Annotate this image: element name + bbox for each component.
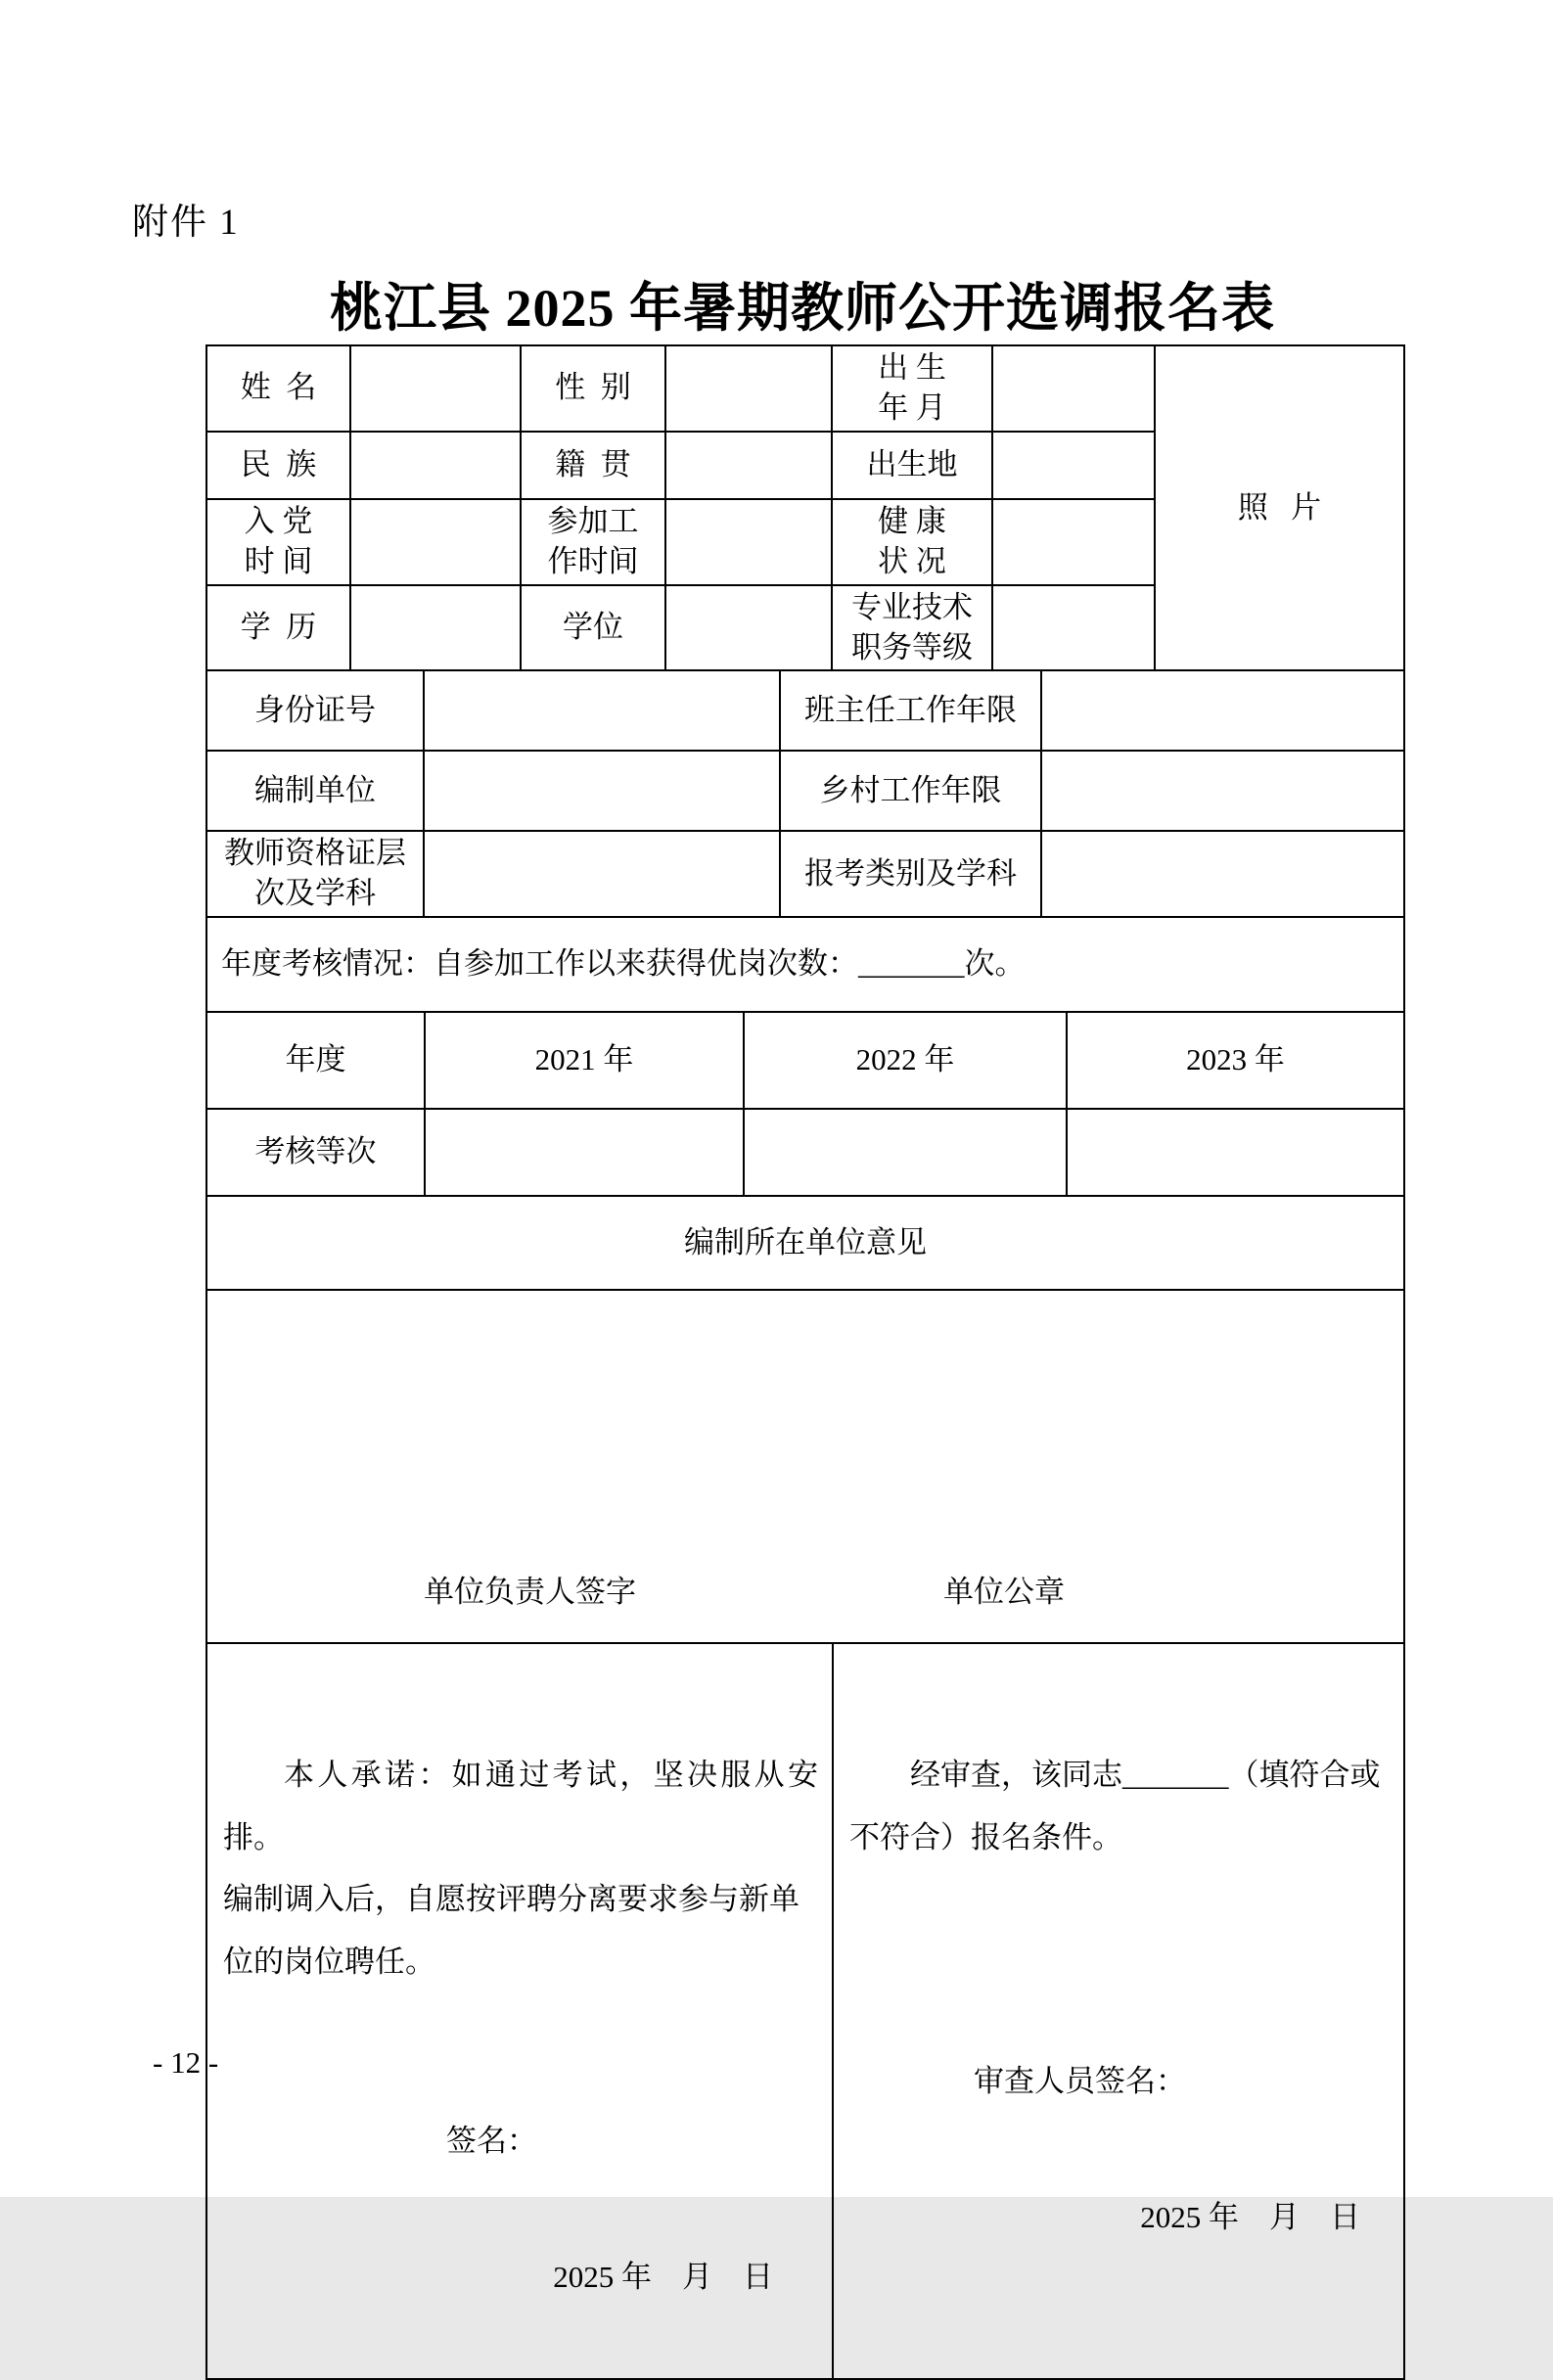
staffing-unit-label: 编制单位 [206, 751, 424, 831]
unit-opinion-box[interactable]: 单位负责人签字 单位公章 [206, 1290, 1404, 1643]
table-row: 本人承诺：如通过考试，坚决服从安排。 编制调入后，自愿按评聘分离要求参与新单 位… [206, 1643, 1404, 2378]
work-start-date-value[interactable] [665, 499, 832, 585]
name-label: 姓 名 [206, 345, 350, 432]
table-row: 教师资格证层 次及学科 报考类别及学科 [206, 831, 1404, 917]
ethnicity-label: 民 族 [206, 432, 350, 499]
professional-title-label: 专业技术 职务等级 [832, 585, 992, 671]
gender-label: 性 别 [521, 345, 665, 432]
party-join-date-value[interactable] [350, 499, 521, 585]
table-row: 姓 名 性 别 出 生 年 月 照 片 [206, 345, 1404, 432]
assessment-section: 年度 2021 年 2022 年 2023 年 考核等次 [206, 1011, 1405, 1197]
annual-appraisal-note[interactable]: 年度考核情况：自参加工作以来获得优岗次数：_______次。 [206, 917, 1404, 1012]
assessment-2023-value[interactable] [1067, 1109, 1404, 1196]
photo-cell[interactable]: 照 片 [1155, 345, 1404, 670]
basic-info-section: 姓 名 性 别 出 生 年 月 照 片 民 族 籍 贯 出生地 入 党 时 间 [206, 344, 1405, 671]
table-row: 编制所在单位意见 [206, 1196, 1404, 1290]
id-number-value[interactable] [424, 670, 780, 751]
rural-years-value[interactable] [1041, 751, 1404, 831]
birthdate-label: 出 生 年 月 [832, 345, 992, 432]
table-row: 身份证号 班主任工作年限 [206, 670, 1404, 751]
education-value[interactable] [350, 585, 521, 671]
table-row: 单位负责人签字 单位公章 [206, 1290, 1404, 1643]
applicant-signature-date: 2025 年 月 日 [207, 2258, 832, 2298]
degree-value[interactable] [665, 585, 832, 671]
birthdate-value[interactable] [992, 345, 1155, 432]
page-number: - 12 - [153, 2045, 218, 2081]
name-value[interactable] [350, 345, 521, 432]
table-row: 考核等次 [206, 1109, 1404, 1196]
education-label: 学 历 [206, 585, 350, 671]
health-status-value[interactable] [992, 499, 1155, 585]
rural-years-label: 乡村工作年限 [780, 751, 1041, 831]
reviewer-signature-date: 2025 年 月 日 [834, 2198, 1403, 2238]
year-2021-header: 2021 年 [425, 1012, 744, 1109]
birthplace-label: 出生地 [832, 432, 992, 499]
unit-opinion-header-section: 编制所在单位意见 [206, 1195, 1405, 1291]
attachment-label: 附件 1 [132, 192, 240, 245]
registration-form-table: 姓 名 性 别 出 生 年 月 照 片 民 族 籍 贯 出生地 入 党 时 间 [206, 344, 1403, 2380]
assessment-grade-label: 考核等次 [206, 1109, 425, 1196]
applicant-signature-label: 签名： [207, 2122, 832, 2162]
party-join-date-label: 入 党 时 间 [206, 499, 350, 585]
assessment-2021-value[interactable] [425, 1109, 744, 1196]
year-header-label: 年度 [206, 1012, 425, 1109]
native-place-value[interactable] [665, 432, 832, 499]
table-row: 年度 2021 年 2022 年 2023 年 [206, 1012, 1404, 1109]
review-text: 经审查，该同志_______（填符合或 不符合）报名条件。 [834, 1724, 1403, 1868]
teacher-cert-value[interactable] [424, 831, 780, 917]
professional-title-value[interactable] [992, 585, 1155, 671]
homeroom-years-value[interactable] [1041, 670, 1404, 751]
apply-category-label: 报考类别及学科 [780, 831, 1041, 917]
annual-note-section: 年度考核情况：自参加工作以来获得优岗次数：_______次。 [206, 916, 1405, 1013]
page-title: 桃江县 2025 年暑期教师公开选调报名表 [176, 266, 1429, 342]
gender-value[interactable] [665, 345, 832, 432]
native-place-label: 籍 贯 [521, 432, 665, 499]
document-page: 附件 1 桃江县 2025 年暑期教师公开选调报名表 姓 名 性 别 出 生 年… [0, 0, 1553, 2197]
unit-seal-label: 单位公章 [943, 1573, 1065, 1613]
degree-label: 学位 [521, 585, 665, 671]
id-number-label: 身份证号 [206, 670, 424, 751]
teacher-cert-label: 教师资格证层 次及学科 [206, 831, 424, 917]
commitment-review-section: 本人承诺：如通过考试，坚决服从安排。 编制调入后，自愿按评聘分离要求参与新单 位… [206, 1642, 1405, 2379]
staffing-unit-value[interactable] [424, 751, 780, 831]
commitment-text: 本人承诺：如通过考试，坚决服从安排。 编制调入后，自愿按评聘分离要求参与新单 位… [207, 1724, 832, 1992]
unit-head-signature-label: 单位负责人签字 [424, 1573, 636, 1613]
unit-opinion-title: 编制所在单位意见 [206, 1196, 1404, 1290]
year-2023-header: 2023 年 [1067, 1012, 1404, 1109]
applicant-commitment-cell[interactable]: 本人承诺：如通过考试，坚决服从安排。 编制调入后，自愿按评聘分离要求参与新单 位… [206, 1643, 833, 2378]
unit-opinion-box-section: 单位负责人签字 单位公章 [206, 1289, 1405, 1644]
reviewer-signature-label: 审查人员签名： [834, 2062, 1403, 2102]
homeroom-years-label: 班主任工作年限 [780, 670, 1041, 751]
review-result-cell[interactable]: 经审查，该同志_______（填符合或 不符合）报名条件。 审查人员签名： 20… [833, 1643, 1404, 2378]
work-start-date-label: 参加工 作时间 [521, 499, 665, 585]
assessment-2022-value[interactable] [744, 1109, 1067, 1196]
id-unit-section: 身份证号 班主任工作年限 编制单位 乡村工作年限 教师资格证层 次及学科 报考类… [206, 669, 1405, 918]
birthplace-value[interactable] [992, 432, 1155, 499]
health-status-label: 健 康 状 况 [832, 499, 992, 585]
year-2022-header: 2022 年 [744, 1012, 1067, 1109]
table-row: 编制单位 乡村工作年限 [206, 751, 1404, 831]
table-row: 年度考核情况：自参加工作以来获得优岗次数：_______次。 [206, 917, 1404, 1012]
apply-category-value[interactable] [1041, 831, 1404, 917]
ethnicity-value[interactable] [350, 432, 521, 499]
